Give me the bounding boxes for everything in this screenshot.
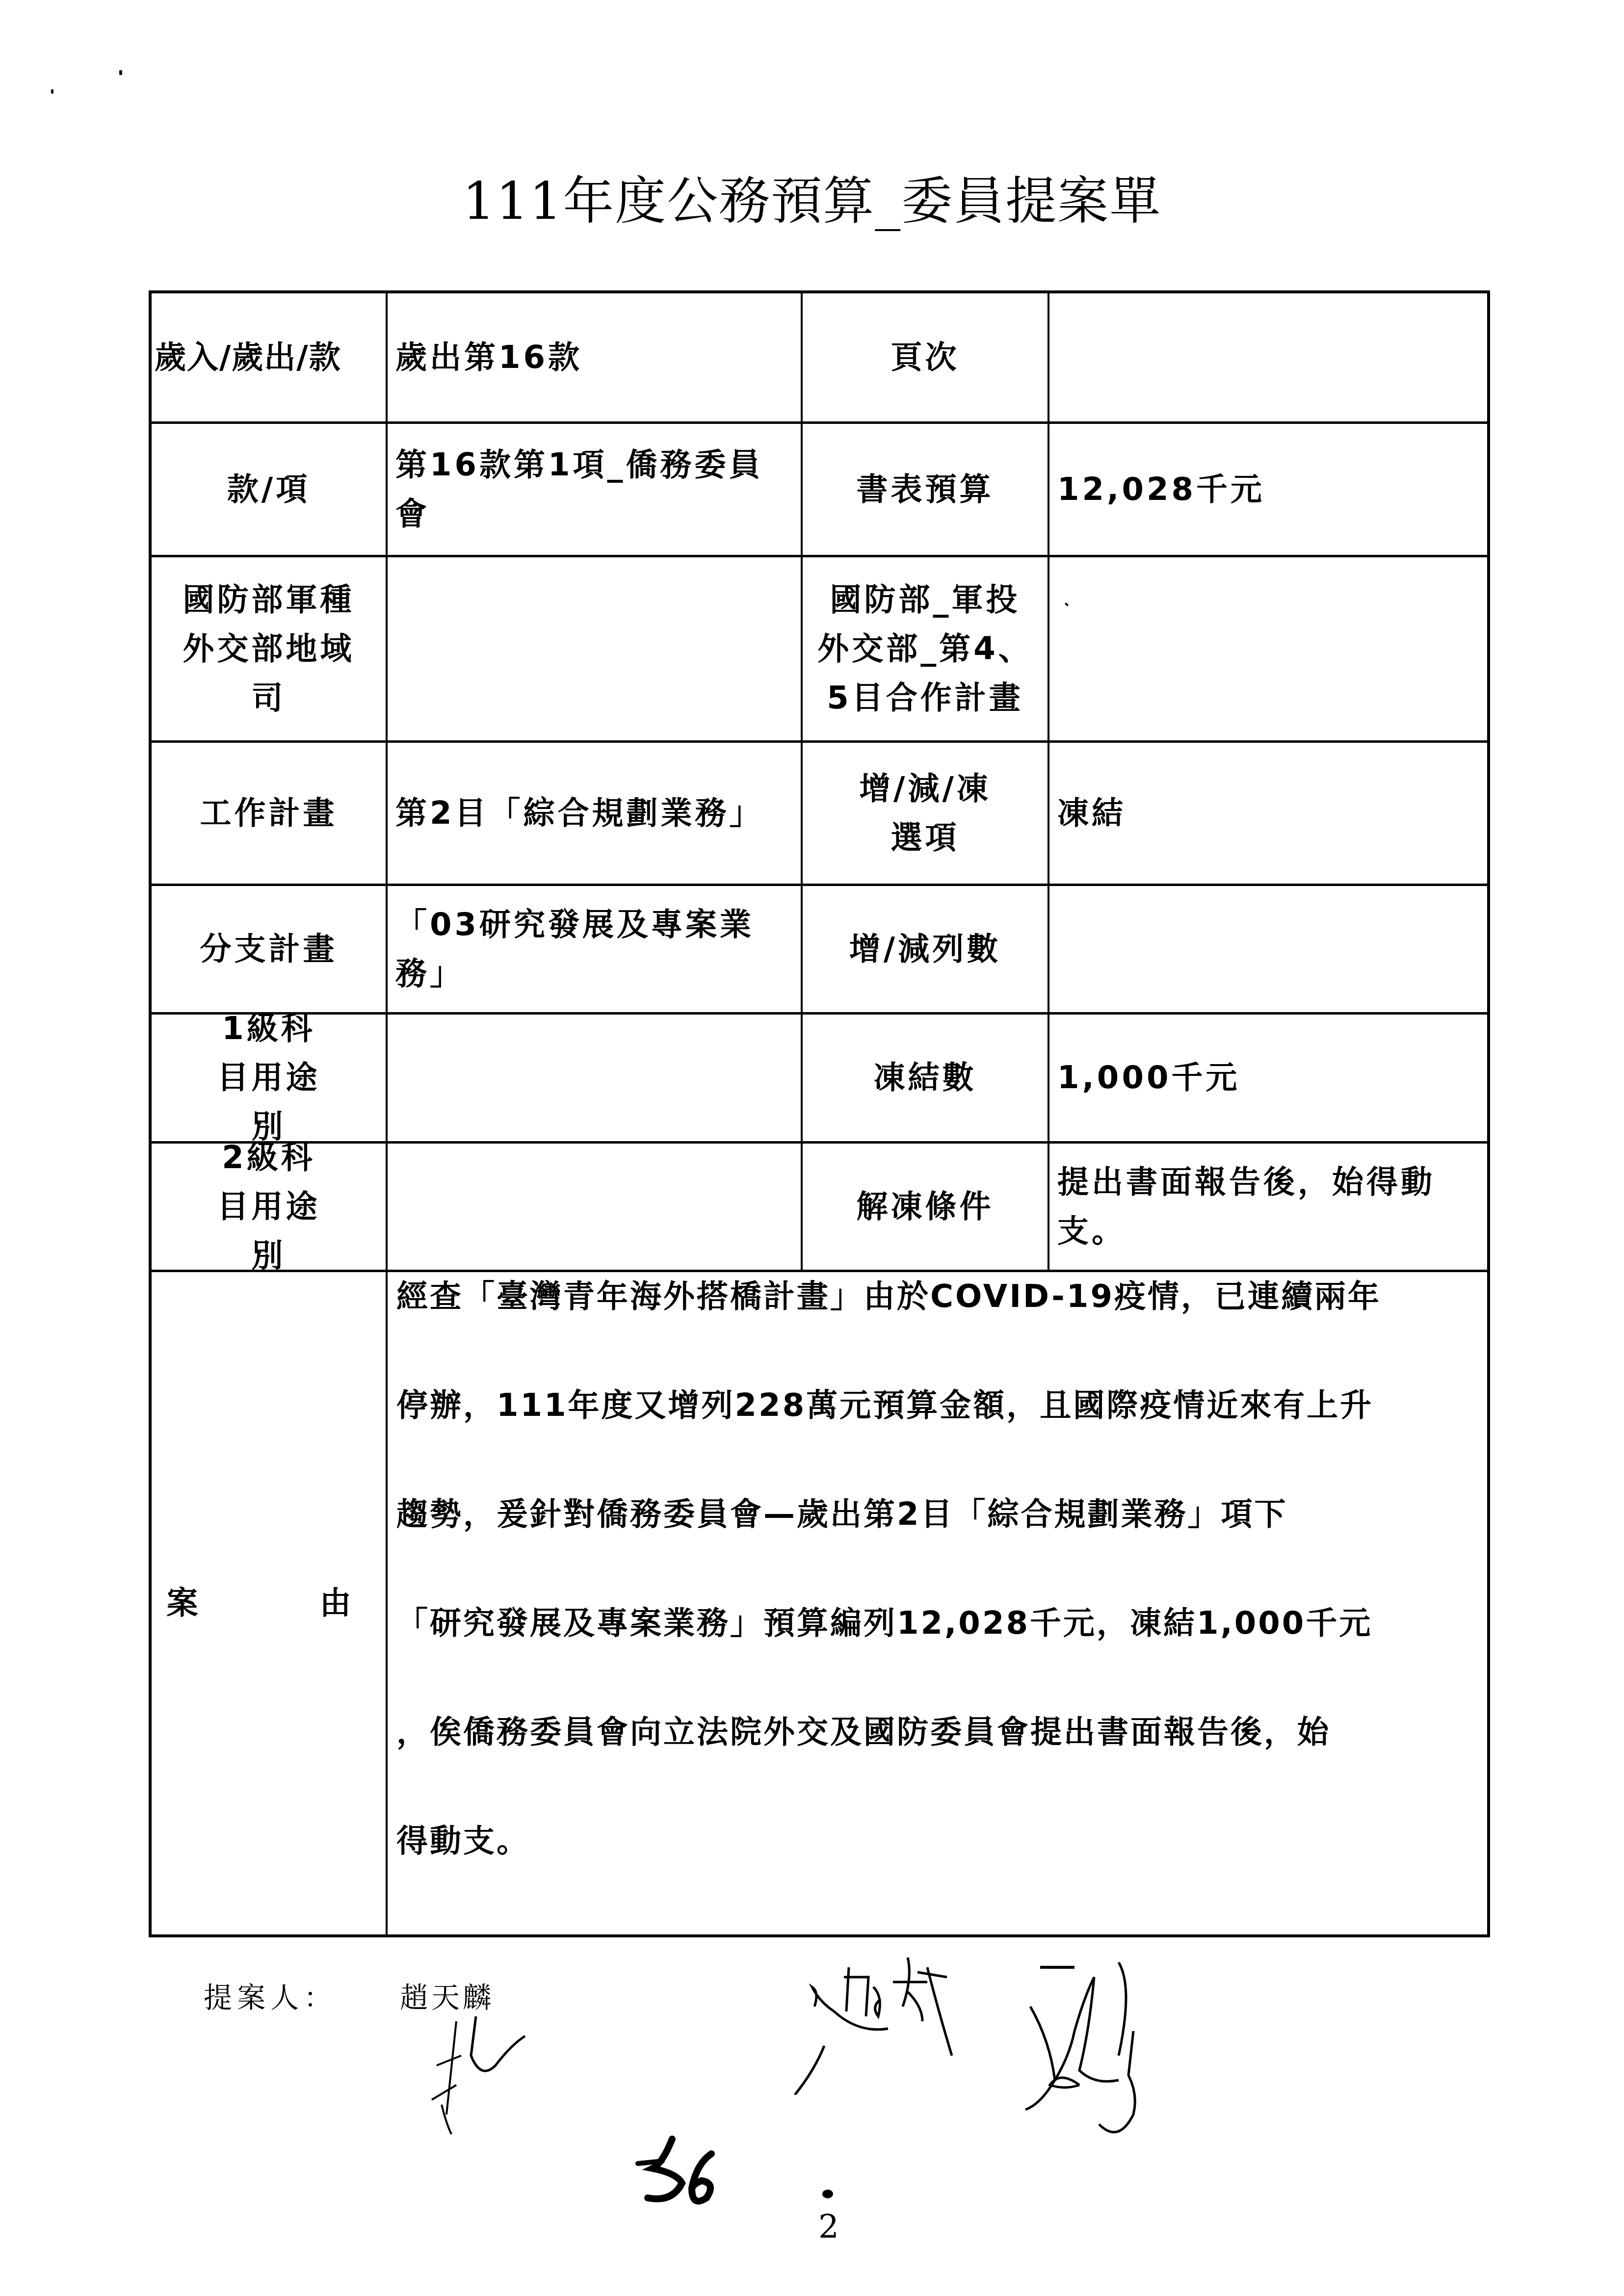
label-page: 頁次 xyxy=(803,293,1049,421)
value-frozen-amount: 1,000千元 xyxy=(1049,1015,1490,1141)
form-row-level2-category: 2級科目用途別 解凍條件 提出書面報告後，始得動支。 xyxy=(152,1144,1487,1272)
reason-content: 經查「臺灣青年海外搭橋計畫」由於COVID-19疫情，已連續兩年 停辦，111年… xyxy=(388,1272,1487,1934)
reason-line: 停辦，111年度又增列228萬元預算金額，且國際疫情近來有上升 xyxy=(396,1381,1373,1430)
value-sub-plan: 「03研究發展及專案業務」 xyxy=(388,886,803,1012)
form-row-section-item: 款/項 第16款第1項_僑務委員會 書表預算 12,028千元 xyxy=(152,424,1487,557)
value-budget-type: 歲出第16款 xyxy=(388,293,803,421)
label-defense-foreign-dept: 國防部軍種外交部地域司 xyxy=(152,557,388,740)
label-level2-category: 2級科目用途別 xyxy=(152,1144,388,1270)
signature-third-icon xyxy=(427,2016,603,2144)
value-section-item: 第16款第1項_僑務委員會 xyxy=(388,424,803,555)
label-adjust-option: 增/減/凍選項 xyxy=(803,743,1049,884)
label-level1-category: 1級科目用途別 xyxy=(152,1015,388,1141)
label-work-plan: 工作計畫 xyxy=(152,743,388,884)
value-cooperation-plan xyxy=(1049,557,1490,740)
signature-second-icon xyxy=(1021,1957,1246,2154)
form-row-level1-category: 1級科目用途別 凍結數 1,000千元 xyxy=(152,1015,1487,1144)
page-number: 2 xyxy=(818,2208,839,2245)
form-row-work-plan: 工作計畫 第2目「綜合規劃業務」 增/減/凍選項 凍結 xyxy=(152,743,1487,886)
signature-zhao-icon xyxy=(760,1948,1025,2095)
reason-line: 趨勢，爰針對僑務委員會—歲出第2目「綜合規劃業務」項下 xyxy=(396,1490,1288,1539)
value-statement-budget: 12,028千元 xyxy=(1049,424,1490,555)
value-adjust-amount xyxy=(1049,886,1490,1012)
value-defense-foreign-dept xyxy=(388,557,803,740)
proposer-label: 提案人： xyxy=(204,1975,337,2016)
label-frozen-amount: 凍結數 xyxy=(803,1015,1049,1141)
scan-speck xyxy=(119,70,122,75)
reason-line: 「研究發展及專案業務」預算編列12,028千元，凍結1,000千元 xyxy=(396,1599,1372,1648)
value-level2-category xyxy=(388,1144,803,1270)
page-dot xyxy=(822,2190,833,2198)
label-unfreeze-condition: 解凍條件 xyxy=(803,1144,1049,1270)
label-budget-type: 歲入/歲出/款 xyxy=(152,293,388,421)
label-section-item: 款/項 xyxy=(152,424,388,555)
value-adjust-option: 凍結 xyxy=(1049,743,1490,884)
form-row-defense-foreign: 國防部軍種外交部地域司 國防部_軍投外交部_第4、5目合作計畫 xyxy=(152,557,1487,743)
form-row-budget-type: 歲入/歲出/款 歲出第16款 頁次 xyxy=(152,293,1487,424)
handwritten-number-icon xyxy=(633,2134,731,2213)
proposer-name: 趙天麟 xyxy=(400,1975,494,2016)
label-cooperation-plan: 國防部_軍投外交部_第4、5目合作計畫 xyxy=(803,557,1049,740)
scan-speck xyxy=(51,89,53,94)
reason-line: 得動支。 xyxy=(396,1817,530,1866)
proposal-form-table: 歲入/歲出/款 歲出第16款 頁次 款/項 第16款第1項_僑務委員會 書表預算… xyxy=(149,290,1490,1937)
value-page xyxy=(1049,293,1490,421)
form-row-sub-plan: 分支計畫 「03研究發展及專案業務」 增/減列數 xyxy=(152,886,1487,1015)
reason-line: ，俟僑務委員會向立法院外交及國防委員會提出書面報告後，始 xyxy=(396,1708,1331,1757)
value-level1-category xyxy=(388,1015,803,1141)
page-title: 111年度公務預算_委員提案單 xyxy=(0,169,1624,233)
form-row-reason: 案 由 經查「臺灣青年海外搭橋計畫」由於COVID-19疫情，已連續兩年 停辦，… xyxy=(152,1272,1487,1934)
reason-line: 經查「臺灣青年海外搭橋計畫」由於COVID-19疫情，已連續兩年 xyxy=(396,1272,1381,1321)
label-statement-budget: 書表預算 xyxy=(803,424,1049,555)
label-adjust-amount: 增/減列數 xyxy=(803,886,1049,1012)
label-reason: 案 由 xyxy=(152,1272,388,1934)
value-work-plan: 第2目「綜合規劃業務」 xyxy=(388,743,803,884)
value-unfreeze-condition: 提出書面報告後，始得動支。 xyxy=(1049,1144,1490,1270)
label-sub-plan: 分支計畫 xyxy=(152,886,388,1012)
